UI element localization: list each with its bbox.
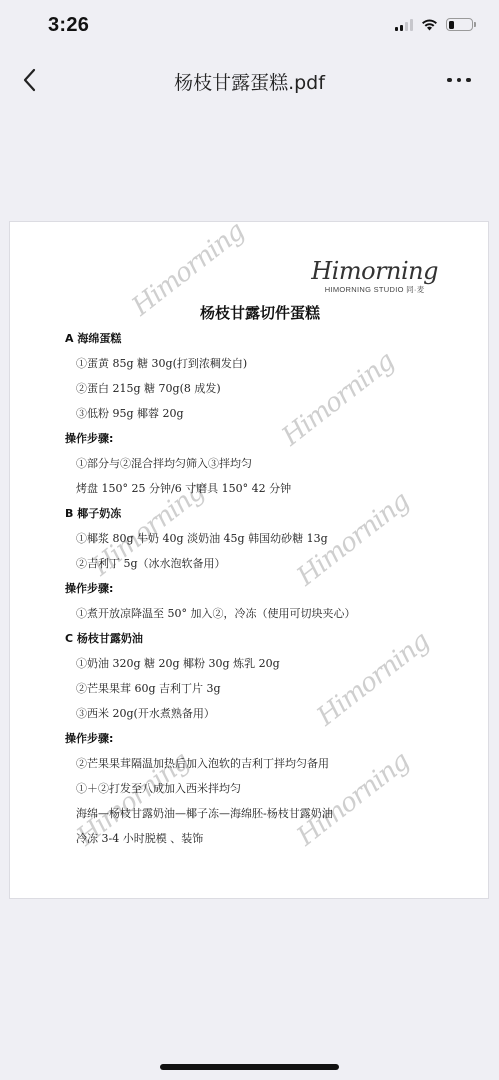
recipe-line: ①部分与②混合拌均匀筛入③拌均匀 <box>76 455 252 471</box>
recipe-line: 海绵—杨枝甘露奶油—椰子冻—海绵胚-杨枝甘露奶油 <box>76 805 333 821</box>
status-bar: 3:26 <box>0 0 499 52</box>
cellular-signal-icon <box>395 19 413 31</box>
status-icons <box>395 18 473 31</box>
recipe-line: ②芒果果茸隔温加热后加入泡软的吉利丁拌均匀备用 <box>76 755 329 771</box>
logo-script: Himorning <box>311 258 438 284</box>
watermark: Himorning <box>277 346 400 452</box>
recipe-line: 冷冻 3-4 小时脱模 、装饰 <box>76 830 203 846</box>
recipe-line: ②吉利丁 5g（冰水泡软备用） <box>76 555 226 571</box>
ellipsis-dot <box>457 78 462 83</box>
ellipsis-icon <box>447 78 452 83</box>
watermark: Himorning <box>312 626 435 732</box>
home-indicator[interactable] <box>160 1064 339 1070</box>
section-heading: C 杨枝甘露奶油 <box>65 630 143 646</box>
recipe-line: 烤盘 150° 25 分钟/6 寸磨具 150° 42 分钟 <box>76 480 291 496</box>
recipe-line: ②芒果果茸 60g 吉利丁片 3g <box>76 680 221 696</box>
recipe-line: ①煮开放凉降温至 50° 加入②，冷冻（使用可切块夹心） <box>76 605 356 621</box>
recipe-line: ①＋②打发至八成加入西米拌均匀 <box>76 780 241 796</box>
more-options-button[interactable] <box>441 69 477 91</box>
status-time: 3:26 <box>48 14 89 37</box>
battery-icon <box>446 18 473 31</box>
recipe-line: ②蛋白 215g 糖 70g(8 成发) <box>76 380 221 396</box>
steps-heading: 操作步骤: <box>65 580 113 596</box>
steps-heading: 操作步骤: <box>65 730 113 746</box>
recipe-line: ③低粉 95g 椰蓉 20g <box>76 405 184 421</box>
steps-heading: 操作步骤: <box>65 430 113 446</box>
section-heading: A 海绵蛋糕 <box>65 330 121 346</box>
recipe-line: ①奶油 320g 糖 20g 椰粉 30g 炼乳 20g <box>76 655 280 671</box>
recipe-title: 杨枝甘露切件蛋糕 <box>10 302 489 323</box>
recipe-line: ③西米 20g(开水煮熟备用） <box>76 705 215 721</box>
logo-subtitle: HIMORNING STUDIO 同·麦 <box>311 284 438 295</box>
pdf-page[interactable]: Himorning Himorning Himorning Himorning … <box>9 221 489 899</box>
recipe-line: ①蛋黄 85g 糖 30g(打到浓稠发白) <box>76 355 247 371</box>
recipe-line: ①椰浆 80g 牛奶 40g 淡奶油 45g 韩国幼砂糖 13g <box>76 530 328 546</box>
section-heading: B 椰子奶冻 <box>65 505 121 521</box>
nav-bar: 杨枝甘露蛋糕.pdf <box>0 52 499 108</box>
wifi-icon <box>421 18 438 31</box>
document-title: 杨枝甘露蛋糕.pdf <box>0 68 499 95</box>
himorning-logo: Himorning HIMORNING STUDIO 同·麦 <box>311 258 438 295</box>
ellipsis-dot <box>466 78 471 83</box>
